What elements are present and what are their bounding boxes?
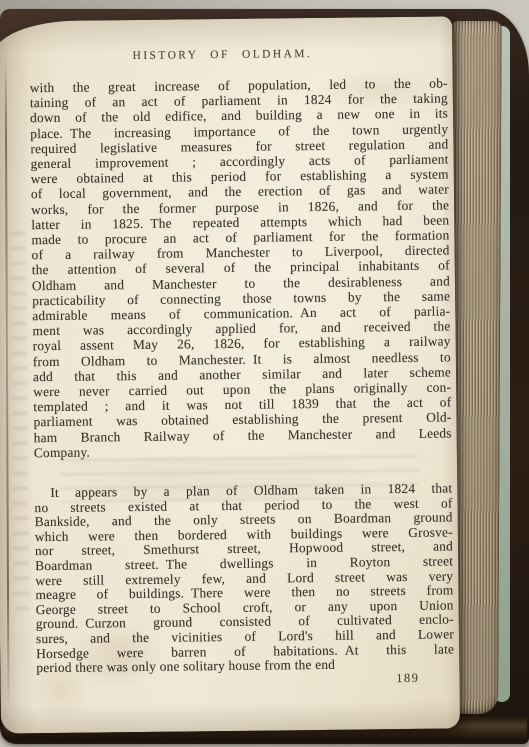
book-scan: HISTORY OF OLDHAM. with the great increa…	[0, 0, 529, 747]
text-line: period there was only one solitary house…	[36, 657, 454, 676]
text-block: HISTORY OF OLDHAM. with the great increa…	[29, 46, 454, 675]
paragraph: with the great increase of population, l…	[30, 75, 452, 460]
running-header: HISTORY OF OLDHAM.	[13, 47, 431, 64]
page-number: 189	[396, 671, 419, 686]
paragraph: It appears by a plan of Oldham taken in …	[34, 482, 454, 676]
page-crease	[5, 55, 10, 709]
body-text: with the great increase of population, l…	[30, 75, 455, 676]
bleedthrough-artifact	[10, 231, 29, 621]
book-page: HISTORY OF OLDHAM. with the great increa…	[0, 16, 460, 733]
